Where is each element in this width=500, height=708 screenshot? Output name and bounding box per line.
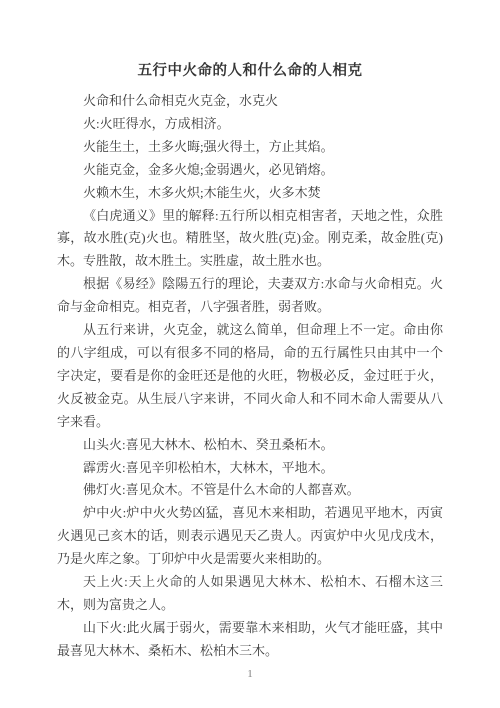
document-title: 五行中火命的人和什么命的人相克 [0,0,500,80]
body-paragraph: 火赖木生，木多火炽;木能生火，火多木焚 [57,182,443,205]
document-body: 火命和什么命相克火克金，水克火 火:火旺得水，方成相济。 火能生土，土多火晦;强… [57,90,443,663]
body-paragraph: 山头火:喜见大林木、松柏木、癸丑桑柘木。 [57,434,443,457]
document-page: 五行中火命的人和什么命的人相克 火命和什么命相克火克金，水克火 火:火旺得水，方… [0,0,500,708]
page-number: 1 [0,667,500,681]
body-paragraph: 炉中火:炉中火火势凶猛，喜见木来相助，若遇见平地木，丙寅火遇见己亥木的话，则表示… [57,502,443,571]
body-paragraph: 火:火旺得水，方成相济。 [57,113,443,136]
body-paragraph: 从五行来讲，火克金，就这么简单，但命理上不一定。命由你的八字组成，可以有很多不同… [57,319,443,434]
body-paragraph: 火能生土，土多火晦;强火得土，方止其焰。 [57,136,443,159]
body-paragraph: 天上火:天上火命的人如果遇见大林木、松柏木、石榴木这三木，则为富贵之人。 [57,571,443,617]
body-paragraph: 根据《易经》陰陽五行的理论，夫妻双方:水命与火命相克。火命与金命相克。相克者，八… [57,273,443,319]
body-paragraph: 《白虎通义》里的解释:五行所以相克相害者，天地之性，众胜寡，故水胜(克)火也。精… [57,205,443,274]
body-paragraph: 霹雳火:喜见辛卯松柏木，大林木，平地木。 [57,457,443,480]
body-paragraph: 火能克金，金多火熄;金弱遇火，必见销熔。 [57,159,443,182]
body-paragraph: 山下火:此火属于弱火，需要靠木来相助，火气才能旺盛，其中最喜见大林木、桑柘木、松… [57,617,443,663]
body-paragraph: 佛灯火:喜见众木。不管是什么木命的人都喜欢。 [57,479,443,502]
body-paragraph: 火命和什么命相克火克金，水克火 [57,90,443,113]
